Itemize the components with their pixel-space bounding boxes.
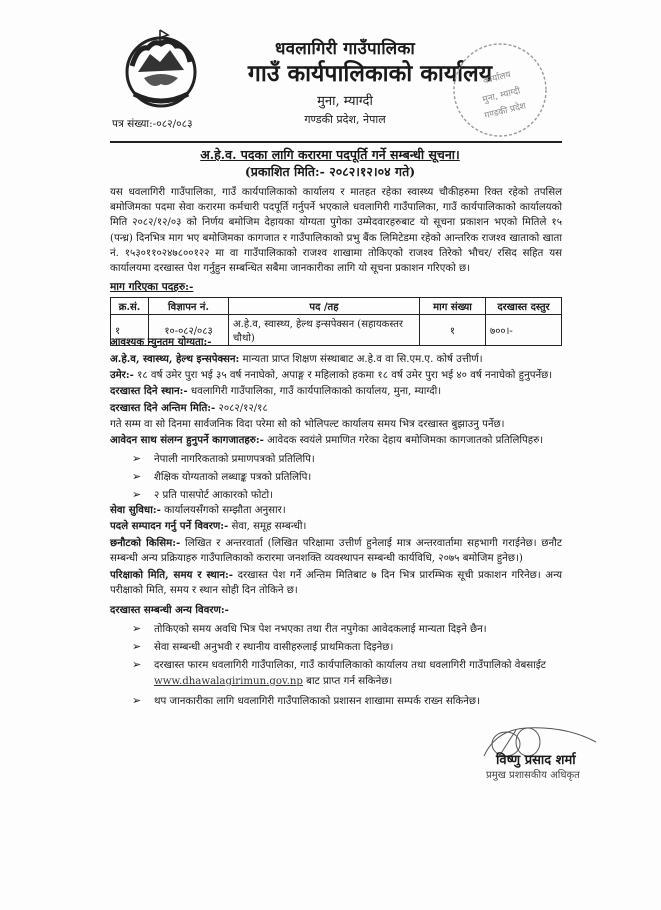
column-header: पद /तह — [229, 298, 420, 315]
other-detail-item: ➢सेवा सम्बन्धी अनुभवी र स्थानीय वासीहरुल… — [132, 639, 557, 655]
arrow-bullet-icon: ➢ — [132, 451, 154, 466]
office-stamp-icon: कार्यालय मुना, म्याग्दी गण्डकी प्रदेश — [446, 36, 554, 144]
published-date: (प्रकाशित मिति:- २०८२।१२।०४ गते) — [100, 163, 560, 180]
other-detail-item: ➢थप जानकारीका लागि धवलागिरी गाउँपालिकाको… — [132, 693, 557, 709]
deadline-note: गते सम्म वा सो दिनमा सार्वजनिक विदा परेम… — [110, 417, 562, 432]
intro-paragraph: यस धवलागिरी गाउँपालिका, गाउँ कार्यपालिका… — [110, 185, 562, 276]
requirements-heading: आवश्यक न्युनतम योग्यता:- — [110, 335, 562, 350]
qualification-line: अ.हे.व, स्वास्थ्य, हेल्थ इन्सपेक्सन: मान… — [110, 352, 562, 367]
selection-line: छनौटको किसिम:- लिखित र अन्तरवार्ता (लिखि… — [110, 536, 562, 566]
application-place-line: दरखास्त दिने स्थान:- धवलागिरी गाउँपालिका… — [110, 384, 562, 399]
svg-text:कार्यालय: कार्यालय — [482, 68, 513, 87]
arrow-bullet-icon: ➢ — [132, 469, 154, 484]
facility-line: सेवा सुविधा:- कार्यालयसँगको सम्झौता अनुस… — [110, 503, 562, 518]
other-detail-item: ➢दरखास्त फारम धवलागिरी गाउँपालिका, गाउँ … — [132, 657, 557, 673]
document-item: ➢नेपाली नागरिकताको प्रमाणपत्रको प्रतिलिप… — [132, 451, 557, 467]
deadline-line: दरखास्त दिने अन्तिम मिति:- २०८२/१२/१८ — [110, 401, 562, 416]
arrow-bullet-icon: ➢ — [132, 487, 154, 502]
notice-page: पत्र संख्या:-०८२/०८३ धवलागिरी गाउँपालिका… — [0, 0, 661, 910]
other-detail-item: ➢तोकिएको समय अवधि भित्र पेश नभएका तथा री… — [132, 621, 557, 637]
other-details-heading: दरखास्त सम्बन्धी अन्य विवरण:- — [110, 603, 562, 618]
website-line: www.dhawalagirimun.gov.np बाट प्राप्त गर… — [154, 674, 579, 689]
arrow-bullet-icon: ➢ — [132, 693, 154, 708]
document-item: ➢शैक्षिक योग्यताको लब्धाङ्क पत्रको प्रति… — [132, 469, 557, 485]
column-header: क्र.सं. — [111, 298, 149, 315]
document-item: ➢२ प्रति पासपोर्ट आकारको फोटो। — [132, 487, 557, 503]
column-header: दरखास्त दस्तुर — [486, 298, 562, 315]
arrow-bullet-icon: ➢ — [132, 657, 154, 672]
column-header: माग संख्या — [420, 298, 486, 315]
column-header: विज्ञापन नं. — [149, 298, 229, 315]
arrow-bullet-icon: ➢ — [132, 621, 154, 636]
svg-text:मुना, म्याग्दी: मुना, म्याग्दी — [481, 84, 522, 105]
notice-title: अ.हे.व. पदका लागि करारमा पदपूर्ति गर्ने … — [100, 146, 560, 163]
exam-line: परिक्षाको मिति, समय र स्थान:- दरखास्त पे… — [110, 568, 562, 598]
table-header-row: क्र.सं.विज्ञापन नं.पद /तहमाग संख्यादरखास… — [111, 298, 562, 315]
letterhead-divider — [110, 141, 562, 143]
signatory-title: प्रमुख प्रशासकीय अधिकृत — [486, 767, 580, 781]
documents-line: आवेदन साथ संलग्न हुनुपर्ने कागजातहरु:- आ… — [110, 433, 562, 448]
duty-line: पदले सम्पादन गर्नु पर्ने विवरण:- सेवा, स… — [110, 519, 562, 534]
website-link[interactable]: www.dhawalagirimun.gov.np — [154, 676, 303, 687]
posts-heading: माग गरिएका पदहरु:- — [110, 280, 193, 294]
arrow-bullet-icon: ➢ — [132, 639, 154, 654]
age-line: उमेर:- १८ वर्ष उमेर पुरा भई ३५ वर्ष ननाघ… — [110, 368, 562, 383]
signatory-name: विष्णु प्रसाद शर्मा — [496, 750, 576, 768]
